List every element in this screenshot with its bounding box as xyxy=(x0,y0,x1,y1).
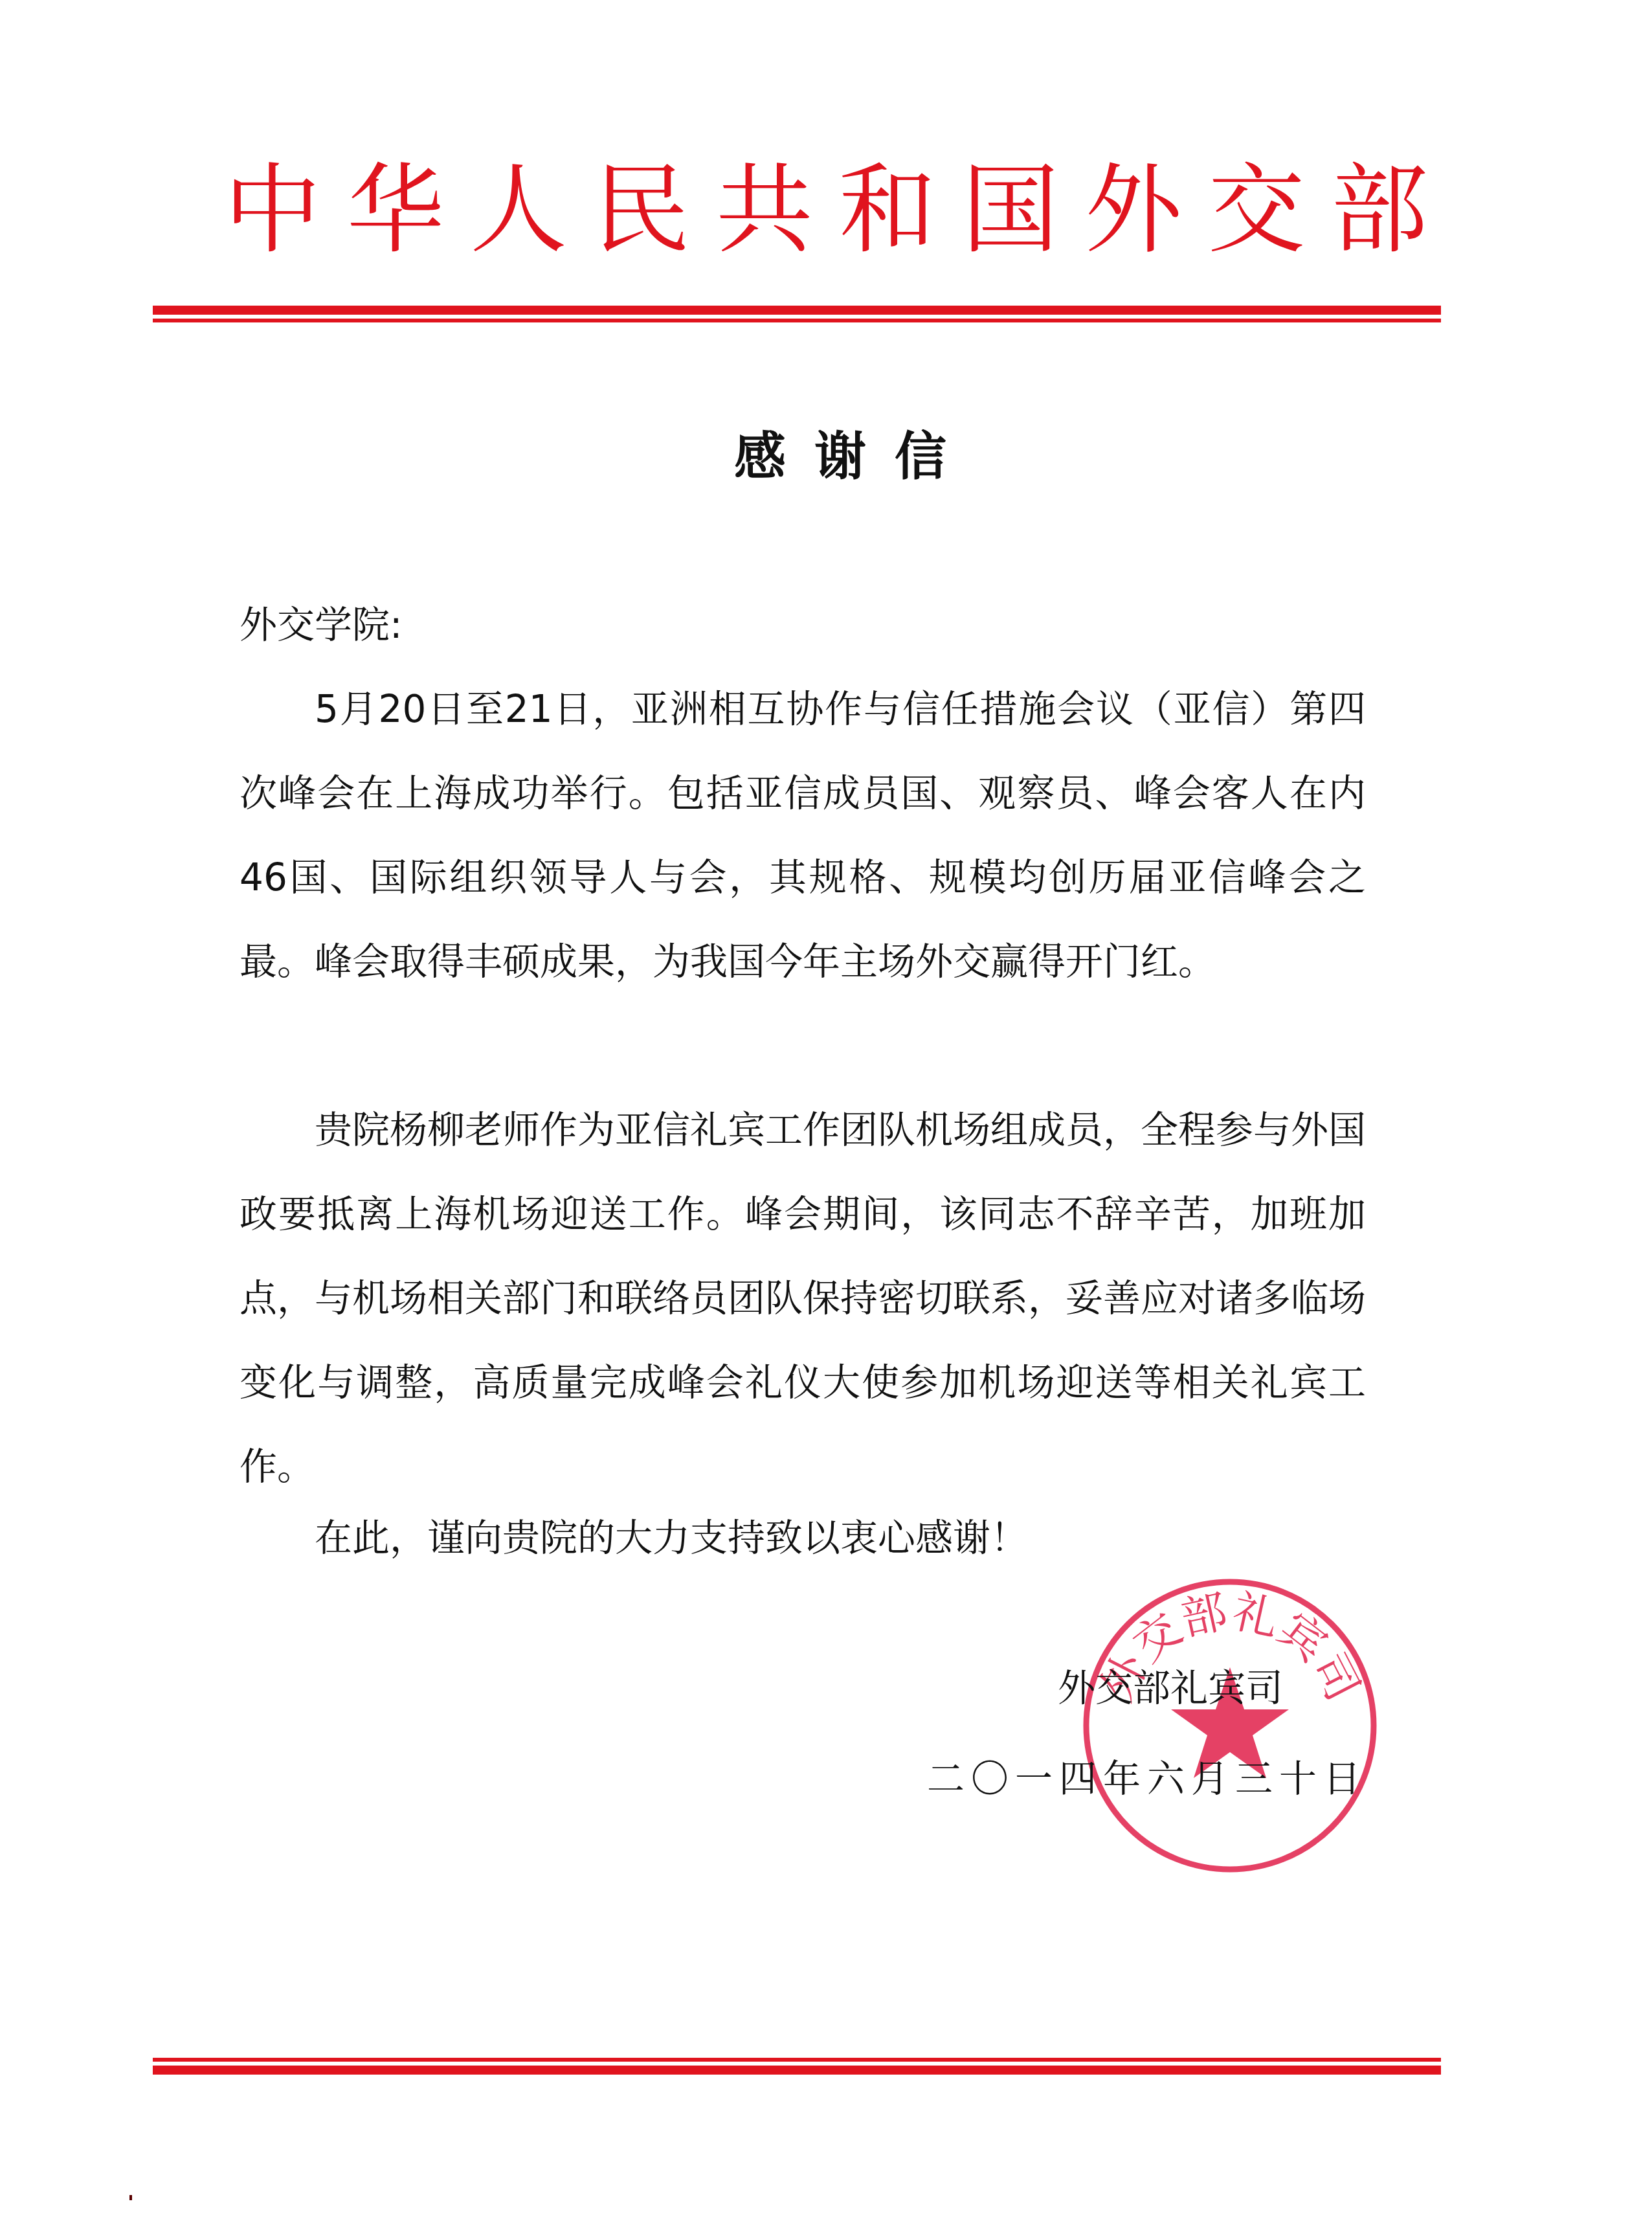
signature-organization: 外交部礼宾司 xyxy=(1058,1658,1283,1712)
letterhead-divider xyxy=(153,306,1441,322)
letterhead-title: 中华人民共和国外交部 xyxy=(0,162,1652,259)
signature-date: 二〇一四年六月三十日 xyxy=(927,1748,1367,1803)
document-title: 感谢信 xyxy=(0,414,1652,489)
scan-speck xyxy=(129,2195,132,2200)
paragraph-3: 在此，谨向贵院的大力支持致以衷心感谢！ xyxy=(240,1496,1366,1580)
paragraph-2: 贵院杨柳老师作为亚信礼宾工作团队机场组成员，全程参与外国政要抵离上海机场迎送工作… xyxy=(240,1088,1366,1509)
footer-divider xyxy=(153,2058,1441,2075)
paragraph-1: 5月20日至21日，亚洲相互协作与信任措施会议（亚信）第四次峰会在上海成功举行。… xyxy=(240,667,1366,1004)
official-seal: 外交部礼宾司 xyxy=(1078,1573,1382,1878)
salutation: 外交学院: xyxy=(240,583,1366,667)
